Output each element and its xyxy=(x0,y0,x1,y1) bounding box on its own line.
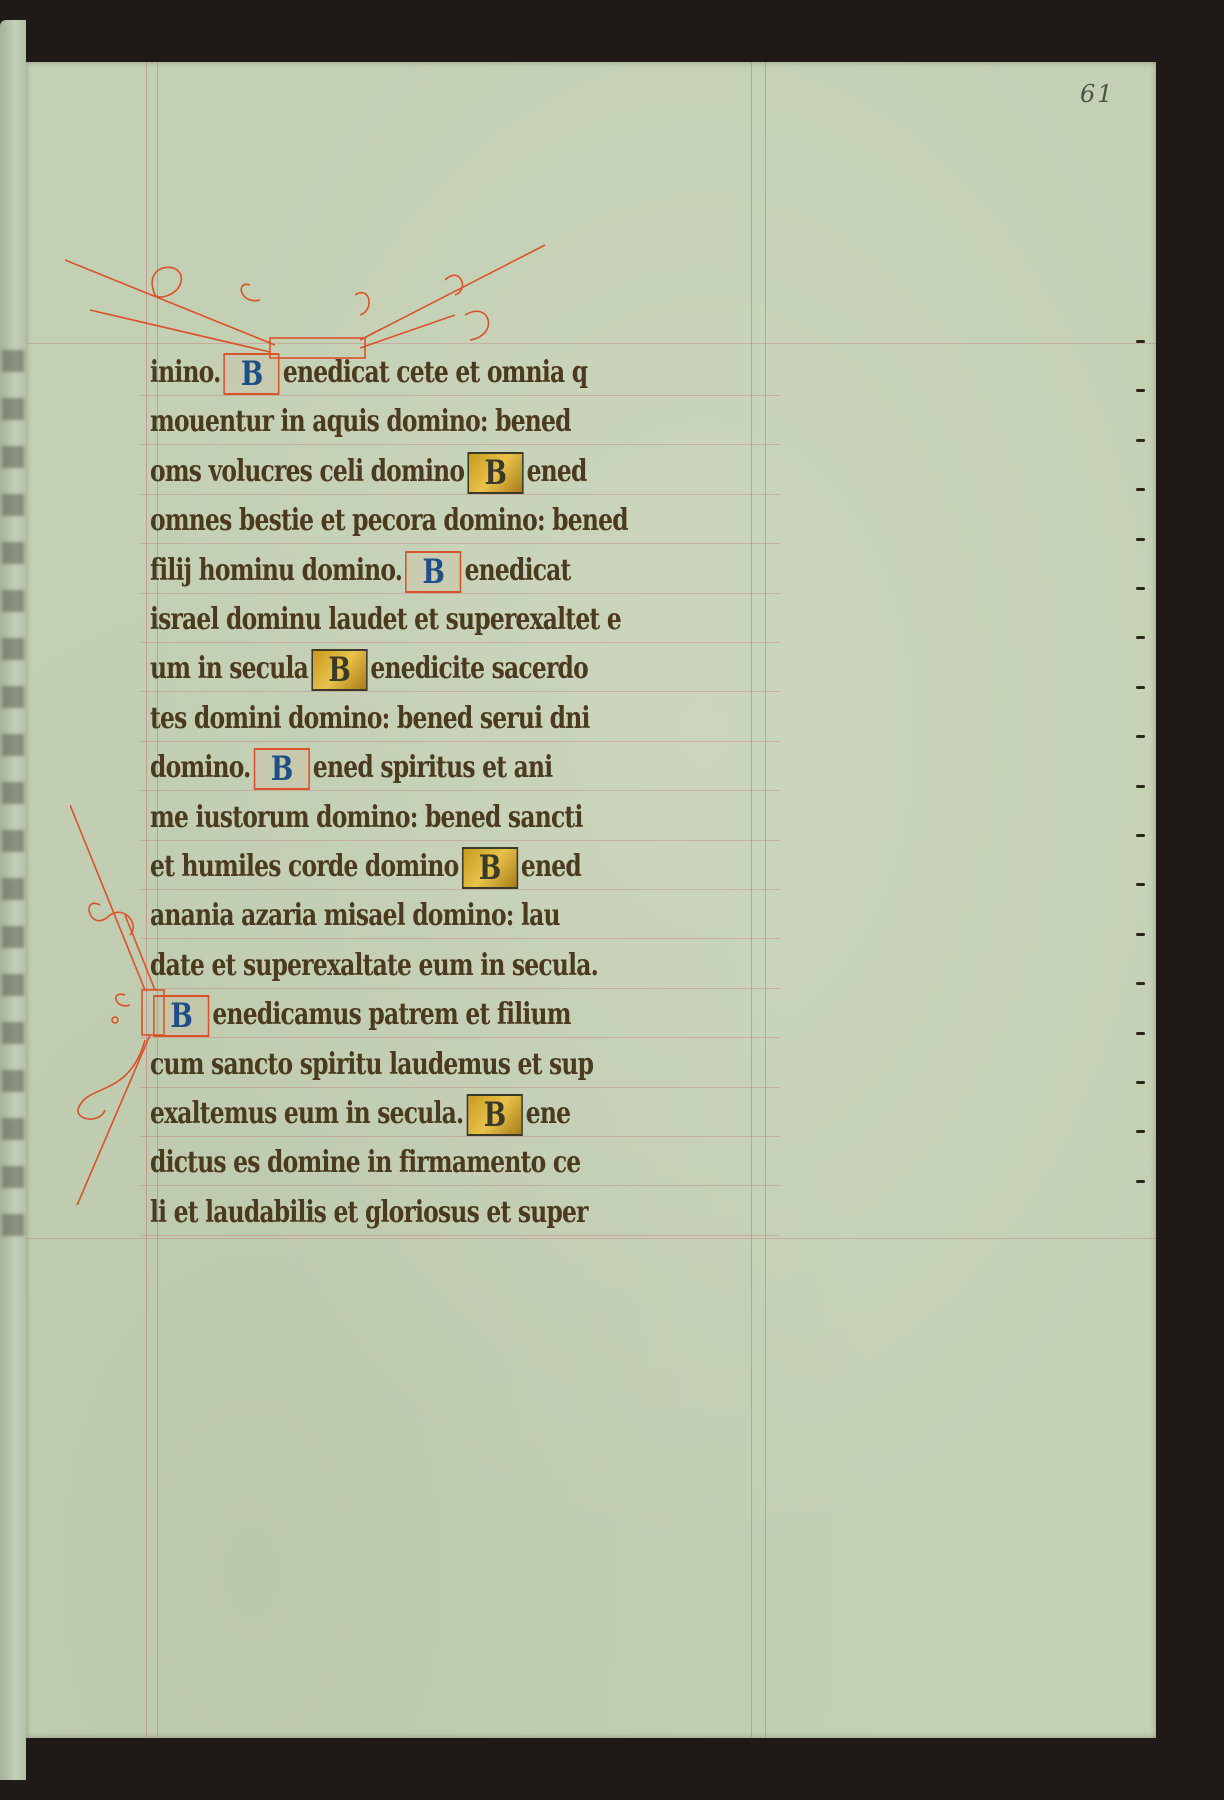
line-text: ened xyxy=(527,454,587,489)
prick-mark xyxy=(1136,587,1145,590)
text-line: cum sancto spiritu laudemus et sup xyxy=(150,1042,634,1092)
prick-mark xyxy=(1136,834,1145,837)
prick-mark xyxy=(1136,785,1145,788)
line-text: israel dominu laudet et superexaltet e xyxy=(150,602,621,637)
line-text: filij hominu domino. xyxy=(150,553,402,588)
gilded-initial: B xyxy=(466,1094,522,1136)
line-text: oms volucres celi domino xyxy=(150,454,464,489)
line-text: anania azaria misael domino: lau xyxy=(150,898,560,933)
line-text: omnes bestie et pecora domino: bened xyxy=(150,503,628,538)
prick-mark xyxy=(1136,636,1145,639)
text-line: Benedicamus patrem et filium xyxy=(150,992,634,1042)
blue-initial: B xyxy=(405,551,461,593)
text-line: domino.Bened spiritus et ani xyxy=(150,745,634,795)
line-text: um in secula xyxy=(150,651,308,686)
folio-number: 61 xyxy=(1080,80,1115,108)
ruling-right xyxy=(751,62,752,1738)
prick-mark xyxy=(1136,735,1145,738)
text-line: dictus es domine in firmamento ce xyxy=(150,1140,634,1190)
text-line: date et superexaltate eum in secula. xyxy=(150,943,634,993)
text-line: li et laudabilis et gloriosus et super xyxy=(150,1190,634,1240)
prick-mark xyxy=(1136,883,1145,886)
line-text: enedicamus patrem et filium xyxy=(212,997,570,1032)
prick-mark xyxy=(1136,488,1145,491)
prick-mark xyxy=(1136,439,1145,442)
prick-mark xyxy=(1136,389,1145,392)
blue-initial: B xyxy=(254,748,310,790)
prick-mark xyxy=(1136,1130,1145,1133)
line-text: enedicat xyxy=(465,553,571,588)
prick-mark xyxy=(1136,982,1145,985)
prick-mark xyxy=(1136,686,1145,689)
line-text: ened xyxy=(521,849,581,884)
ruling-left-outer xyxy=(146,62,147,1738)
prick-mark xyxy=(1136,933,1145,936)
line-text: inino. xyxy=(150,355,220,390)
line-text: et humiles corde domino xyxy=(150,849,459,884)
prick-mark xyxy=(1136,340,1145,343)
line-text: me iustorum domino: bened sancti xyxy=(150,800,583,835)
line-text: domino. xyxy=(150,750,251,785)
text-line: anania azaria misael domino: lau xyxy=(150,893,634,943)
ruling-right-outer xyxy=(765,62,766,1738)
text-line: mouentur in aquis domino: bened xyxy=(150,399,634,449)
text-line: me iustorum domino: bened sancti xyxy=(150,795,634,845)
facing-page-text xyxy=(2,350,24,1250)
ruling-line-top xyxy=(26,343,1156,344)
text-line: oms volucres celi dominoBened xyxy=(150,449,634,499)
line-text: dictus es domine in firmamento ce xyxy=(150,1145,580,1180)
line-text: ened spiritus et ani xyxy=(313,750,552,785)
line-text: enedicite sacerdo xyxy=(370,651,588,686)
gilded-initial: B xyxy=(462,847,518,889)
text-line: et humiles corde dominoBened xyxy=(150,844,634,894)
text-line: inino.Benedicat cete et omnia q xyxy=(150,350,634,400)
line-text: exaltemus eum in secula. xyxy=(150,1096,463,1131)
line-text: ene xyxy=(526,1096,570,1131)
prick-mark xyxy=(1136,538,1145,541)
text-line: tes domini domino: bened serui dni xyxy=(150,696,634,746)
line-text: tes domini domino: bened serui dni xyxy=(150,701,590,736)
text-line: filij hominu domino.Benedicat xyxy=(150,548,634,598)
line-text: date et superexaltate eum in secula. xyxy=(150,948,598,983)
gilded-initial: B xyxy=(467,452,523,494)
text-line: omnes bestie et pecora domino: bened xyxy=(150,498,634,548)
line-text: li et laudabilis et gloriosus et super xyxy=(150,1195,588,1230)
line-text: cum sancto spiritu laudemus et sup xyxy=(150,1047,593,1082)
text-line: um in seculaBenedicite sacerdo xyxy=(150,646,634,696)
blue-initial: B xyxy=(224,353,280,395)
prick-mark xyxy=(1136,1032,1145,1035)
facing-page-edge xyxy=(0,20,26,1780)
prick-mark xyxy=(1136,1081,1145,1084)
text-line: exaltemus eum in secula.Bene xyxy=(150,1091,634,1141)
line-text: mouentur in aquis domino: bened xyxy=(150,404,571,439)
blue-initial: B xyxy=(153,995,209,1037)
text-line: israel dominu laudet et superexaltet e xyxy=(150,597,634,647)
line-text: enedicat cete et omnia q xyxy=(283,355,587,390)
prick-mark xyxy=(1136,1180,1145,1183)
gilded-initial: B xyxy=(311,649,367,691)
